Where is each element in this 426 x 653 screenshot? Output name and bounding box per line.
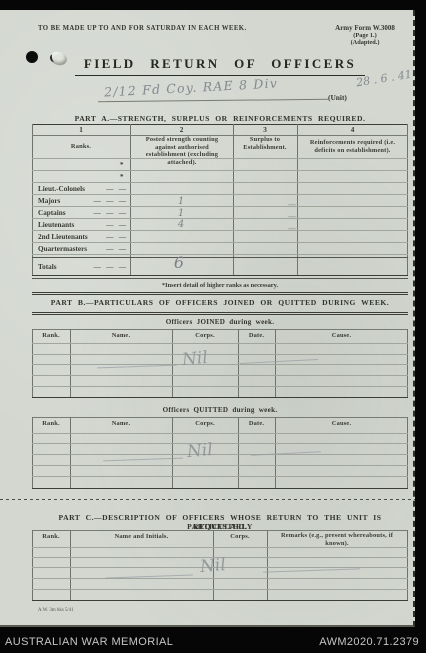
surplus-mark-handwritten: — [280, 200, 296, 209]
totals-label: Totals [38, 263, 57, 271]
rank-label: Captains [38, 209, 66, 217]
column-header-rank: Rank. [32, 533, 70, 541]
column-number: 2 [130, 126, 233, 134]
divider [32, 454, 408, 455]
part-a-table: 1 2 3 4 Ranks. Posted strength counting … [32, 124, 408, 278]
title-wrap: FIELD RETURN OF OFFICERS [32, 55, 408, 76]
rank-label: Lieutenants [38, 221, 74, 229]
divider [32, 375, 408, 376]
higher-rank-blank-row-mark: * [120, 173, 124, 181]
divider [32, 254, 408, 255]
divider [32, 278, 408, 279]
surplus-mark-handwritten: — [280, 224, 296, 233]
scanned-document-page: { "document": { "top_note": "TO BE MADE … [0, 0, 426, 653]
higher-rank-blank-row-mark: * [120, 161, 124, 169]
divider [32, 433, 408, 434]
divider [32, 386, 408, 387]
divider [32, 488, 408, 489]
column-header-date: Date. [238, 420, 275, 428]
part-b-heading: PART B.—PARTICULARS OF OFFICERS JOINED O… [32, 298, 408, 307]
top-note: TO BE MADE UP TO AND FOR SATURDAY IN EAC… [38, 25, 247, 32]
divider [32, 275, 408, 276]
column-number: 3 [233, 126, 297, 134]
divider [32, 124, 408, 125]
archive-reference: AWM2020.71.2379 [319, 636, 419, 648]
part-a-footnote: *Insert detail of higher ranks as necess… [32, 282, 408, 289]
divider [32, 257, 408, 258]
totals-leader: — — — [94, 263, 126, 271]
rank-row: Majors — — — [38, 197, 126, 205]
column-header-remarks: Remarks (e.g., present whereabouts, if k… [272, 532, 402, 547]
divider [130, 124, 131, 275]
divider [32, 465, 408, 466]
rank-leader: — — [106, 221, 126, 229]
rank-leader: — — [106, 185, 126, 193]
divider [233, 124, 234, 275]
unit-handwritten: 2/12 Fd Coy. RAE 8 Div [104, 75, 279, 99]
divider [297, 124, 298, 275]
column-header-name: Name. [70, 332, 172, 340]
perforation-line [0, 499, 415, 500]
rank-leader: — — [106, 233, 126, 241]
divider [32, 589, 408, 590]
posted-total-handwritten: 6 [168, 253, 190, 272]
column-header-surplus: Surplus to Establishment. [238, 136, 292, 151]
divider [32, 170, 408, 171]
column-header-cause: Cause. [275, 420, 408, 428]
part-a-heading: PART A.—STRENGTH, SURPLUS OR REINFORCEME… [32, 114, 408, 123]
column-header-ranks: Ranks. [32, 143, 130, 151]
divider [32, 218, 408, 219]
officers-joined-title: Officers JOINED during week. [32, 318, 408, 326]
divider [32, 476, 408, 477]
rank-row: Lieutenants — — [38, 221, 126, 229]
officers-joined-table: Rank. Name. Corps. Date. Cause. Nil [32, 329, 408, 398]
form-paper: TO BE MADE UP TO AND FOR SATURDAY IN EAC… [0, 10, 415, 627]
column-number: 1 [32, 126, 130, 134]
column-header-name: Name. [70, 420, 172, 428]
divider [32, 364, 408, 365]
column-header-corps: Corps. [172, 420, 238, 428]
rank-row: 2nd Lieutenants — — [38, 233, 126, 241]
nil-entry-handwritten: Nil [186, 440, 213, 462]
rank-leader: — — — [94, 209, 126, 217]
form-ref: Army Form W.3008 (Page 1.) (Adapted.) [318, 24, 412, 46]
divider [32, 547, 408, 548]
unit-label: (Unit) [328, 93, 347, 102]
nil-entry-handwritten: Nil [199, 555, 226, 577]
divider [32, 397, 408, 398]
divider [32, 417, 408, 418]
officers-quitted-table: Rank. Name. Corps. Date. Cause. Nil [32, 417, 408, 489]
rank-row: Lieut.-Colonels — — [38, 185, 126, 193]
totals-row: Totals — — — [38, 263, 126, 271]
divider [32, 206, 408, 207]
divider [32, 182, 408, 183]
rank-row: Captains — — — [38, 209, 126, 217]
rank-label: Lieut.-Colonels [38, 185, 85, 193]
officers-quitted-title: Officers QUITTED during week. [32, 406, 408, 414]
rank-leader: — — [106, 245, 126, 253]
column-header-rank: Rank. [32, 420, 70, 428]
column-header-corps: Corps. [213, 533, 267, 541]
divider [32, 312, 408, 315]
column-header-name-initials: Name and Initials. [70, 533, 213, 541]
nil-flourish-stroke [263, 568, 360, 573]
rank-row: Quartermasters — — [38, 245, 126, 253]
printer-imprint: A.W. 3m bks 5/41 [38, 607, 74, 612]
form-ref-page: (Page 1.) [318, 32, 412, 39]
form-ref-number: Army Form W.3008 [318, 24, 412, 32]
divider [32, 242, 408, 243]
divider [32, 530, 408, 531]
divider [32, 329, 408, 330]
nil-flourish-stroke [103, 458, 183, 462]
rank-label: Quartermasters [38, 245, 87, 253]
divider [32, 443, 408, 444]
surplus-mark-handwritten: — [280, 212, 296, 221]
column-header-posted-strength: Posted strength counting against authori… [135, 136, 229, 166]
divider [32, 343, 408, 344]
nil-entry-handwritten: Nil [181, 348, 208, 370]
column-header-rank: Rank. [32, 332, 70, 340]
part-c-table: Rank. Name and Initials. Corps. Remarks … [32, 530, 408, 602]
divider [32, 230, 408, 231]
rank-label: Majors [38, 197, 60, 205]
archive-name: AUSTRALIAN WAR MEMORIAL [5, 636, 173, 648]
rank-leader: — — — [94, 197, 126, 205]
rank-label: 2nd Lieutenants [38, 233, 88, 241]
column-header-corps: Corps. [172, 332, 238, 340]
column-header-cause: Cause. [275, 332, 408, 340]
column-number: 4 [297, 126, 408, 134]
posted-captains-handwritten: 1 [170, 208, 192, 219]
divider [32, 158, 408, 159]
column-header-reinforcements: Reinforcements required (i.e. deficits o… [302, 139, 403, 154]
column-header-date: Date. [238, 332, 275, 340]
divider [32, 578, 408, 579]
divider [32, 354, 408, 355]
divider [32, 292, 408, 295]
divider [407, 124, 408, 275]
nil-flourish-stroke [97, 365, 177, 369]
posted-lieutenants-handwritten: 4 [170, 219, 192, 230]
posted-majors-handwritten: 1 [170, 196, 192, 207]
page-title: FIELD RETURN OF OFFICERS [75, 56, 365, 76]
form-ref-adapted: (Adapted.) [318, 39, 412, 46]
divider [32, 600, 408, 601]
unit-rule [98, 99, 328, 102]
divider [32, 194, 408, 195]
